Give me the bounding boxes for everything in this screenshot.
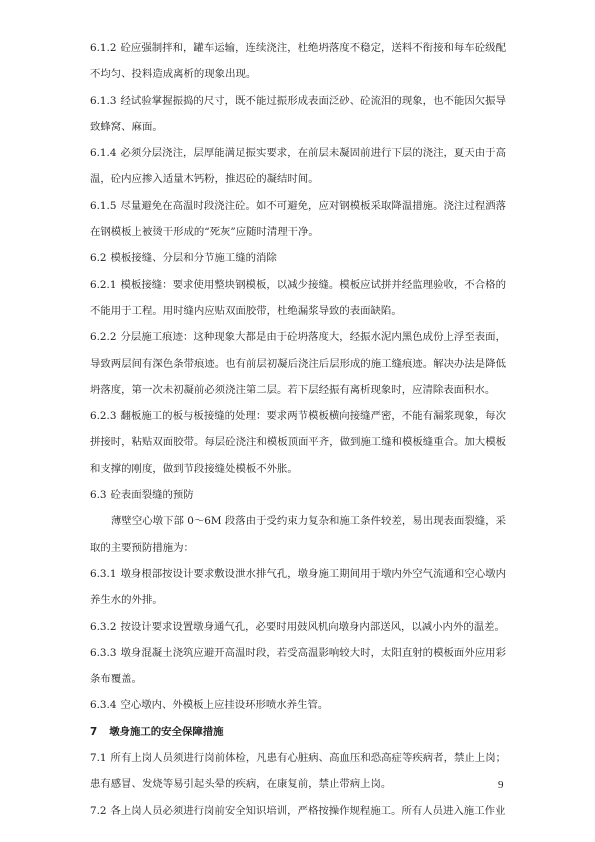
section-number: 7.2 xyxy=(90,805,107,817)
section-number: 6.2.2 xyxy=(90,331,116,343)
paragraph-text: 空心墩内、外模板上应挂设环形喷水养生管。 xyxy=(120,699,328,711)
section-number: 6.3.4 xyxy=(90,699,116,711)
document-page: 6.1.2砼应强制拌和，罐车运输，连续浇注，杜绝坍落度不稳定，送料不衔接和每车砼… xyxy=(0,0,595,842)
paragraph-6-2-3: 6.2.3翻板施工的板与板接缝的处理：要求两节模板横向接缝严密，不能有漏浆现象，… xyxy=(90,403,506,482)
section-number: 6.1.2 xyxy=(90,42,116,54)
section-number: 6.3 xyxy=(90,489,107,501)
paragraph-7-2: 7.2各上岗人员必须进行岗前安全知识培训，严格按操作规程施工。所有人员进入施工作… xyxy=(90,798,506,824)
section-number: 6.3.1 xyxy=(90,568,116,580)
section-number: 6.3.2 xyxy=(90,621,116,633)
paragraph-text: 按设计要求设置墩身通气孔，必要时用鼓风机向墩身内部送风，以减小内外的温差。 xyxy=(120,621,504,633)
paragraph-7-1: 7.1所有上岗人员须进行岗前体检，凡患有心脏病、高血压和恐高症等疾病者，禁止上岗… xyxy=(90,745,506,798)
section-number: 6.3.3 xyxy=(90,647,116,659)
paragraph-text: 墩身混凝土浇筑应避开高温时段，若受高温影响较大时，太阳直射的模板面外应用彩条布覆… xyxy=(90,647,506,685)
paragraph-text: 经试验掌握振捣的尺寸，既不能过振形成表面泛砂、砼流泪的现象，也不能因欠振导致蜂窝… xyxy=(90,95,506,133)
paragraph-6-1-4: 6.1.4必须分层浇注，层厚能满足振实要求，在前层未凝固前进行下层的浇注，夏天由… xyxy=(90,140,506,193)
paragraph-text: 墩身根部按设计要求敷设泄水排气孔，墩身施工期间用于墩内外空气流通和空心墩内养生水… xyxy=(90,568,506,606)
section-number: 6.1.5 xyxy=(90,200,116,212)
paragraph-text: 砼应强制拌和，罐车运输，连续浇注，杜绝坍落度不稳定，送料不衔接和每车砼级配不均匀… xyxy=(90,42,506,80)
paragraph-text: 尽量避免在高温时段浇注砼。如不可避免，应对钢模板采取降温措施。浇注过程洒落在钢模… xyxy=(90,200,506,238)
paragraph-6-1-5: 6.1.5尽量避免在高温时段浇注砼。如不可避免，应对钢模板采取降温措施。浇注过程… xyxy=(90,193,506,246)
subsection-heading-6-3: 6.3砼表面裂缝的预防 xyxy=(90,482,506,508)
section-number: 6.1.3 xyxy=(90,95,116,107)
section-number: 6.2.1 xyxy=(90,279,116,291)
paragraph-text: 薄壁空心墩下部 0～6M 段落由于受约束力复杂和施工条件较差，易出现表面裂缝，采… xyxy=(90,515,506,553)
heading-text: 砼表面裂缝的预防 xyxy=(111,489,194,501)
section-number: 6.2 xyxy=(90,252,107,264)
paragraph-6-1-3: 6.1.3经试验掌握振捣的尺寸，既不能过振形成表面泛砂、砼流泪的现象，也不能因欠… xyxy=(90,88,506,141)
paragraph-6-3-3: 6.3.3墩身混凝土浇筑应避开高温时段，若受高温影响较大时，太阳直射的模板面外应… xyxy=(90,640,506,693)
heading-text: 墩身施工的安全保障措施 xyxy=(109,726,223,738)
paragraph-text: 分层施工痕迹：这种现象大都是由于砼坍落度大，经振水泥内黑色成份上浮至表面，导致两… xyxy=(90,331,506,396)
paragraph-6-3-2: 6.3.2按设计要求设置墩身通气孔，必要时用鼓风机向墩身内部送风，以减小内外的温… xyxy=(90,614,506,640)
page-number: 9 xyxy=(498,779,504,791)
paragraph-6-2-2: 6.2.2分层施工痕迹：这种现象大都是由于砼坍落度大，经振水泥内黑色成份上浮至表… xyxy=(90,324,506,403)
paragraph-text: 各上岗人员必须进行岗前安全知识培训，严格按操作规程施工。所有人员进入施工作业 xyxy=(111,805,506,817)
paragraph-intro-6-3: 薄壁空心墩下部 0～6M 段落由于受约束力复杂和施工条件较差，易出现表面裂缝，采… xyxy=(90,508,506,561)
section-number: 6.2.3 xyxy=(90,410,116,422)
paragraph-text: 翻板施工的板与板接缝的处理：要求两节模板横向接缝严密，不能有漏浆现象，每次拼接时… xyxy=(90,410,506,475)
section-number: 7.1 xyxy=(90,752,107,764)
section-number: 6.1.4 xyxy=(90,147,116,159)
paragraph-text: 必须分层浇注，层厚能满足振实要求，在前层未凝固前进行下层的浇注，夏天由于高温，砼… xyxy=(90,147,506,185)
paragraph-text: 模板接缝：要求使用整块钢模板，以减少接缝。模板应试拼并经监理验收，不合格的不能用… xyxy=(90,279,506,317)
subsection-heading-6-2: 6.2模板接缝、分层和分节施工缝的消除 xyxy=(90,245,506,271)
paragraph-6-3-4: 6.3.4空心墩内、外模板上应挂设环形喷水养生管。 xyxy=(90,692,506,718)
section-heading-7: 7墩身施工的安全保障措施 xyxy=(90,719,506,745)
paragraph-6-3-1: 6.3.1墩身根部按设计要求敷设泄水排气孔，墩身施工期间用于墩内外空气流通和空心… xyxy=(90,561,506,614)
paragraph-6-2-1: 6.2.1模板接缝：要求使用整块钢模板，以减少接缝。模板应试拼并经监理验收，不合… xyxy=(90,272,506,325)
paragraph-text: 所有上岗人员须进行岗前体检，凡患有心脏病、高血压和恐高症等疾病者，禁止上岗；患有… xyxy=(90,752,506,790)
paragraph-6-1-2: 6.1.2砼应强制拌和，罐车运输，连续浇注，杜绝坍落度不稳定，送料不衔接和每车砼… xyxy=(90,35,506,88)
heading-text: 模板接缝、分层和分节施工缝的消除 xyxy=(111,252,277,264)
page-content: 6.1.2砼应强制拌和，罐车运输，连续浇注，杜绝坍落度不稳定，送料不衔接和每车砼… xyxy=(90,35,506,824)
section-number: 7 xyxy=(90,726,97,738)
